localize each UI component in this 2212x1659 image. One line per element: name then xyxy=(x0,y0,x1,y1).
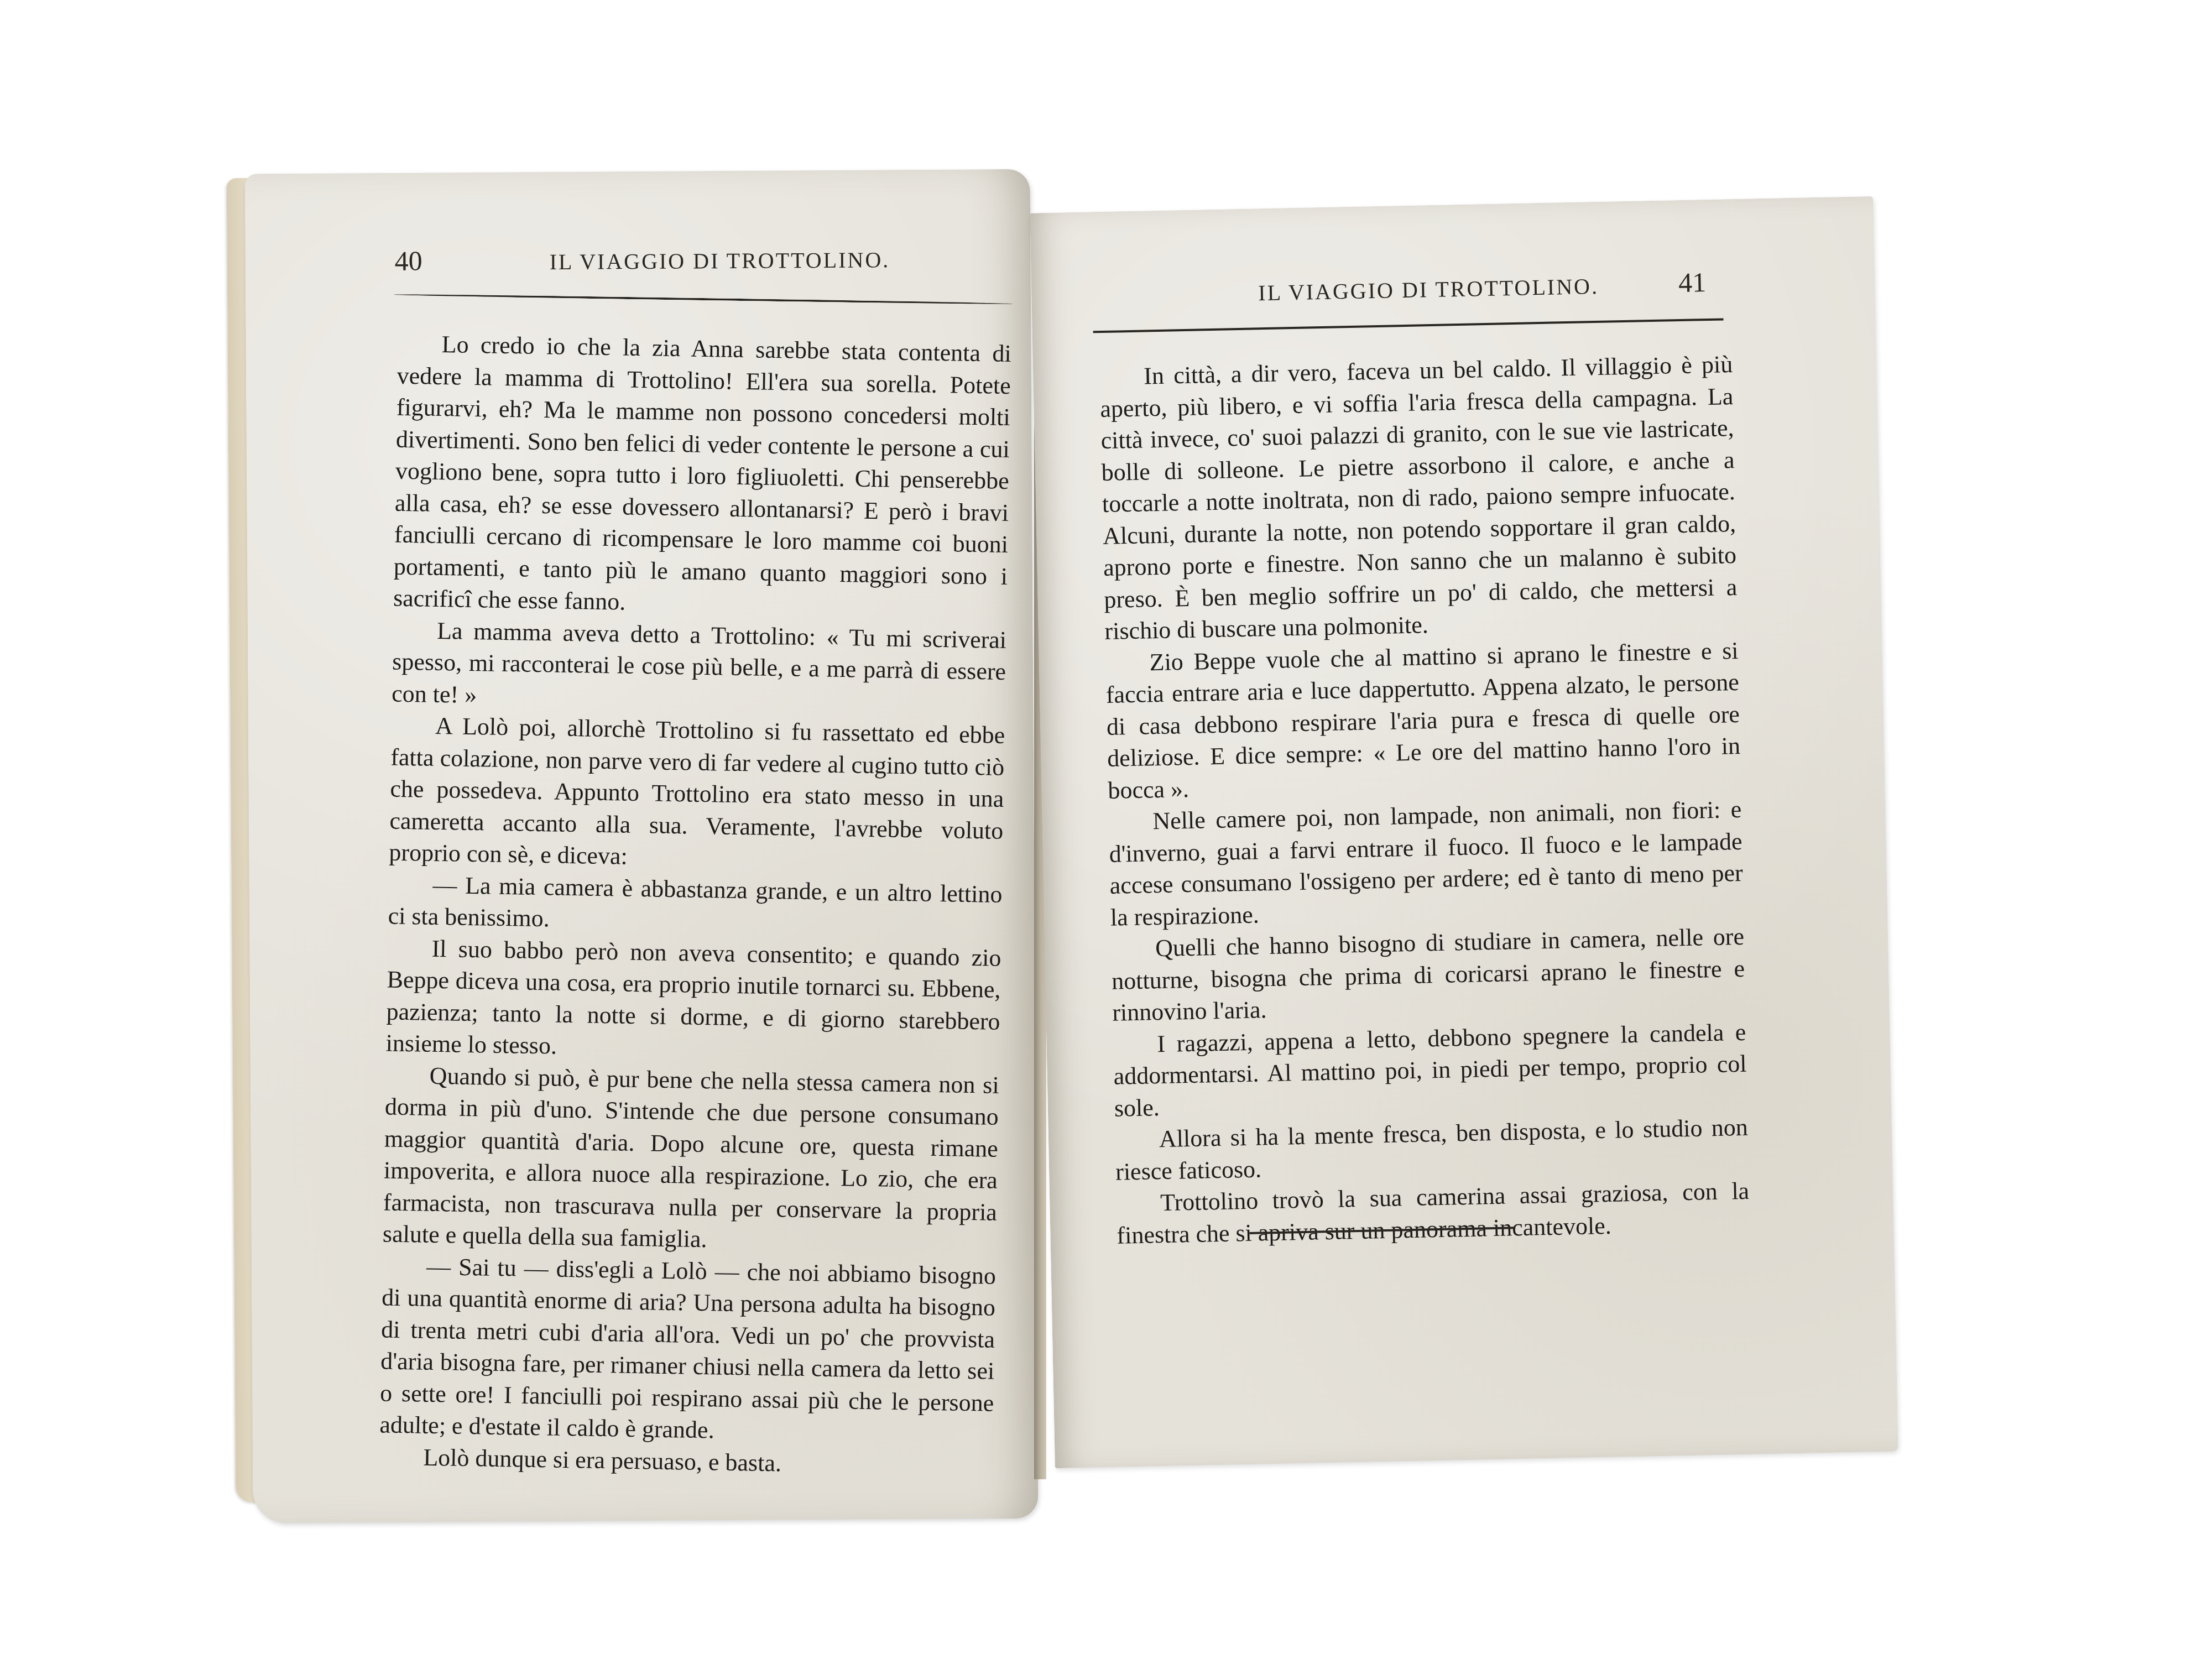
open-book: 40 IL VIAGGIO DI TROTTOLINO. Lo credo io… xyxy=(0,0,2212,1659)
page-number: 40 xyxy=(394,244,422,276)
paragraph: A Lolò poi, allorchè Trottolino si fu ra… xyxy=(389,709,1005,879)
paragraph: Nelle camere poi, non lampade, non anima… xyxy=(1108,794,1744,933)
paragraph: Trottolino trovò la sua camerina assai g… xyxy=(1116,1175,1750,1251)
paragraph: Il suo babbo però non aveva consentito; … xyxy=(385,932,1001,1069)
right-running-head: IL VIAGGIO DI TROTTOLINO. 41 xyxy=(1103,266,1707,310)
paragraph: La mamma aveva detto a Trottolino: « Tu … xyxy=(392,614,1007,719)
header-rule xyxy=(394,294,1013,305)
paragraph: Allora si ha la mente fresca, ben dispos… xyxy=(1114,1112,1749,1188)
paragraph: Quelli che hanno bisogno di studiare in … xyxy=(1111,921,1746,1029)
paragraph: Zio Beppe vuole che al mattino si aprano… xyxy=(1105,634,1741,806)
left-running-head: 40 IL VIAGGIO DI TROTTOLINO. xyxy=(394,241,997,277)
paragraph: Lo credo io che la zia Anna sarebbe stat… xyxy=(393,328,1011,624)
paragraph: I ragazzi, appena a letto, debbono spegn… xyxy=(1113,1016,1747,1124)
running-head-title: IL VIAGGIO DI TROTTOLINO. xyxy=(1258,273,1599,306)
paragraph: Quando si può, è pur bene che nella stes… xyxy=(383,1059,1000,1260)
left-body-text: Lo credo io che la zia Anna sarebbe stat… xyxy=(379,328,1011,1483)
left-page: 40 IL VIAGGIO DI TROTTOLINO. Lo credo io… xyxy=(245,169,1039,1524)
header-rule xyxy=(1093,318,1724,333)
paragraph: — La mia camera è abbastanza grande, e u… xyxy=(388,868,1003,942)
paragraph: In città, a dir vero, faceva un bel cald… xyxy=(1099,348,1738,647)
paragraph: — Sai tu — diss'egli a Lolò — che noi ab… xyxy=(379,1250,997,1451)
right-page: IL VIAGGIO DI TROTTOLINO. 41 In città, a… xyxy=(1030,196,1898,1468)
page-number: 41 xyxy=(1678,266,1707,299)
right-body-text: In città, a dir vero, faceva un bel cald… xyxy=(1099,348,1750,1251)
running-head-title: IL VIAGGIO DI TROTTOLINO. xyxy=(549,247,890,275)
